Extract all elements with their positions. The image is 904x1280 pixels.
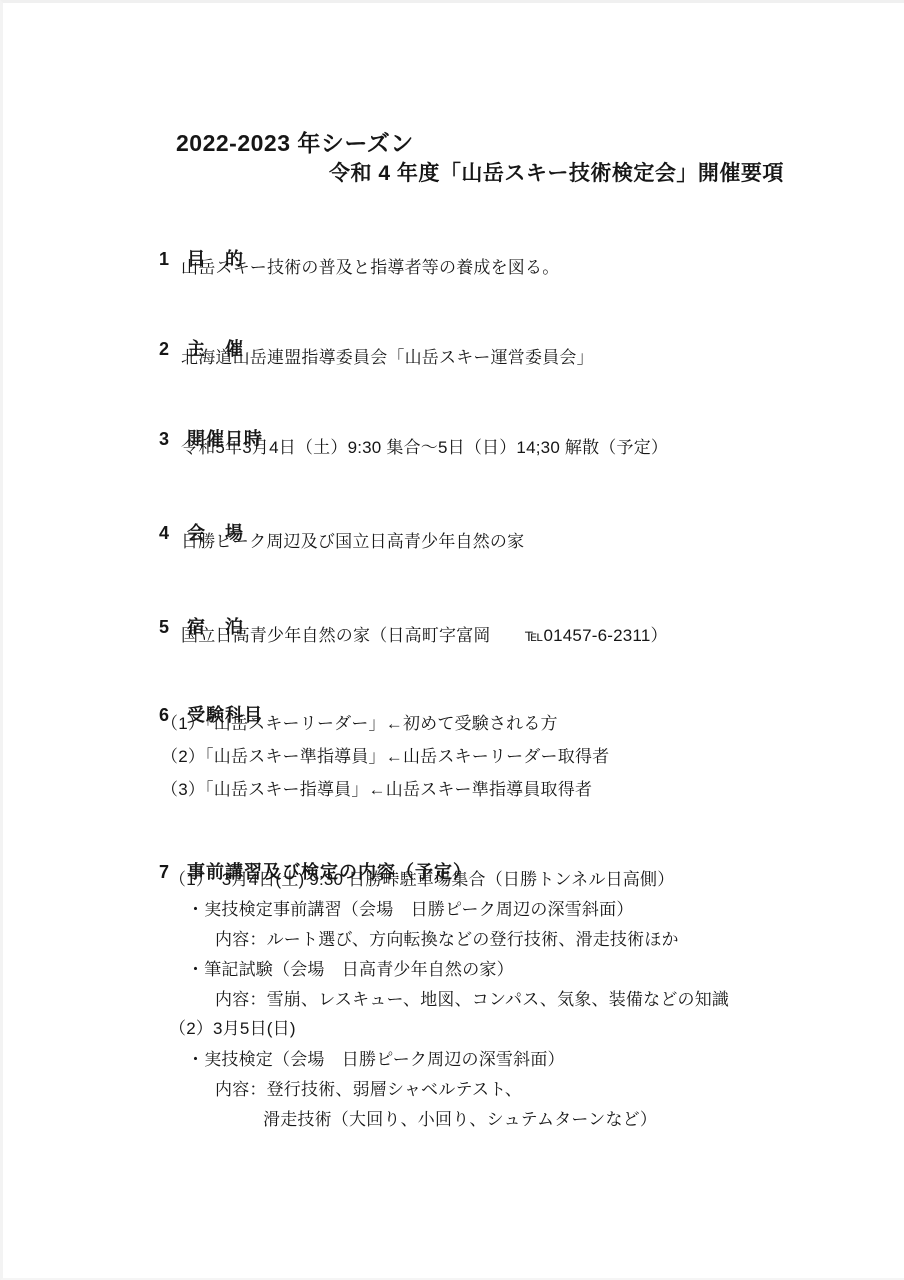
section-1-number: 1: [159, 249, 170, 269]
section-7-day1-heading: （1） 3月4日(土) 9:30 日勝峠駐車場集合（日勝トンネル日高側）: [169, 869, 674, 890]
section-2-number: 2: [159, 339, 170, 359]
section-7-day2-content-line2: 滑走技術（大回り、小回り、シュテムターンなど）: [263, 1109, 657, 1130]
section-1-body: 山岳スキー技術の普及と指導者等の養成を図る。: [181, 257, 559, 278]
section-4-body: 日勝ピーク周辺及び国立日高青少年自然の家: [181, 531, 524, 552]
section-7-day1-practical-content: 内容：ルート選び、方向転換などの登行技術、滑走技術ほか: [215, 929, 679, 950]
section-7-day2-heading: （2）3月5日(日): [169, 1018, 296, 1039]
document-page: 2022-2023 年シーズン 令和 4 年度「山岳スキー技術検定会」開催要項 …: [0, 0, 904, 1280]
section-6-item-2: （2）「山岳スキー準指導員」←山岳スキーリーダー取得者: [161, 746, 609, 767]
section-6-item-1: （1）「山岳スキーリーダー」←初めて受験される方: [161, 713, 558, 734]
section-3-number: 3: [159, 429, 170, 449]
section-7-day1-written-content: 内容：雪崩、レスキュー、地図、コンパス、気象、装備などの知識: [215, 989, 729, 1010]
document-title-season: 2022-2023 年シーズン: [176, 129, 414, 158]
section-7-day2-content-line1: 内容：登行技術、弱層シャベルテスト、: [215, 1079, 522, 1100]
section-7-day2-practical-test: ・実技検定（会場 日勝ピーク周辺の深雪斜面）: [187, 1049, 565, 1070]
section-7-day1-written-exam: ・筆記試験（会場 日高青少年自然の家）: [187, 959, 514, 980]
section-2-body: 北海道山岳連盟指導委員会「山岳スキー運営委員会」: [181, 347, 594, 368]
section-3-body: 令和5年3月4日（土）9:30 集合～5日（日）14;30 解散（予定）: [181, 437, 668, 458]
section-7-day1-practical-lecture: ・実技検定事前講習（会場 日勝ピーク周辺の深雪斜面）: [187, 899, 634, 920]
section-5-body: 国立日高青少年自然の家（日高町字富岡 ℡01457-6-2311）: [181, 625, 668, 646]
document-title-main: 令和 4 年度「山岳スキー技術検定会」開催要項: [329, 161, 784, 187]
section-5-number: 5: [159, 617, 170, 637]
section-4-number: 4: [159, 523, 170, 543]
section-6-item-3: （3）「山岳スキー指導員」←山岳スキー準指導員取得者: [161, 779, 592, 800]
